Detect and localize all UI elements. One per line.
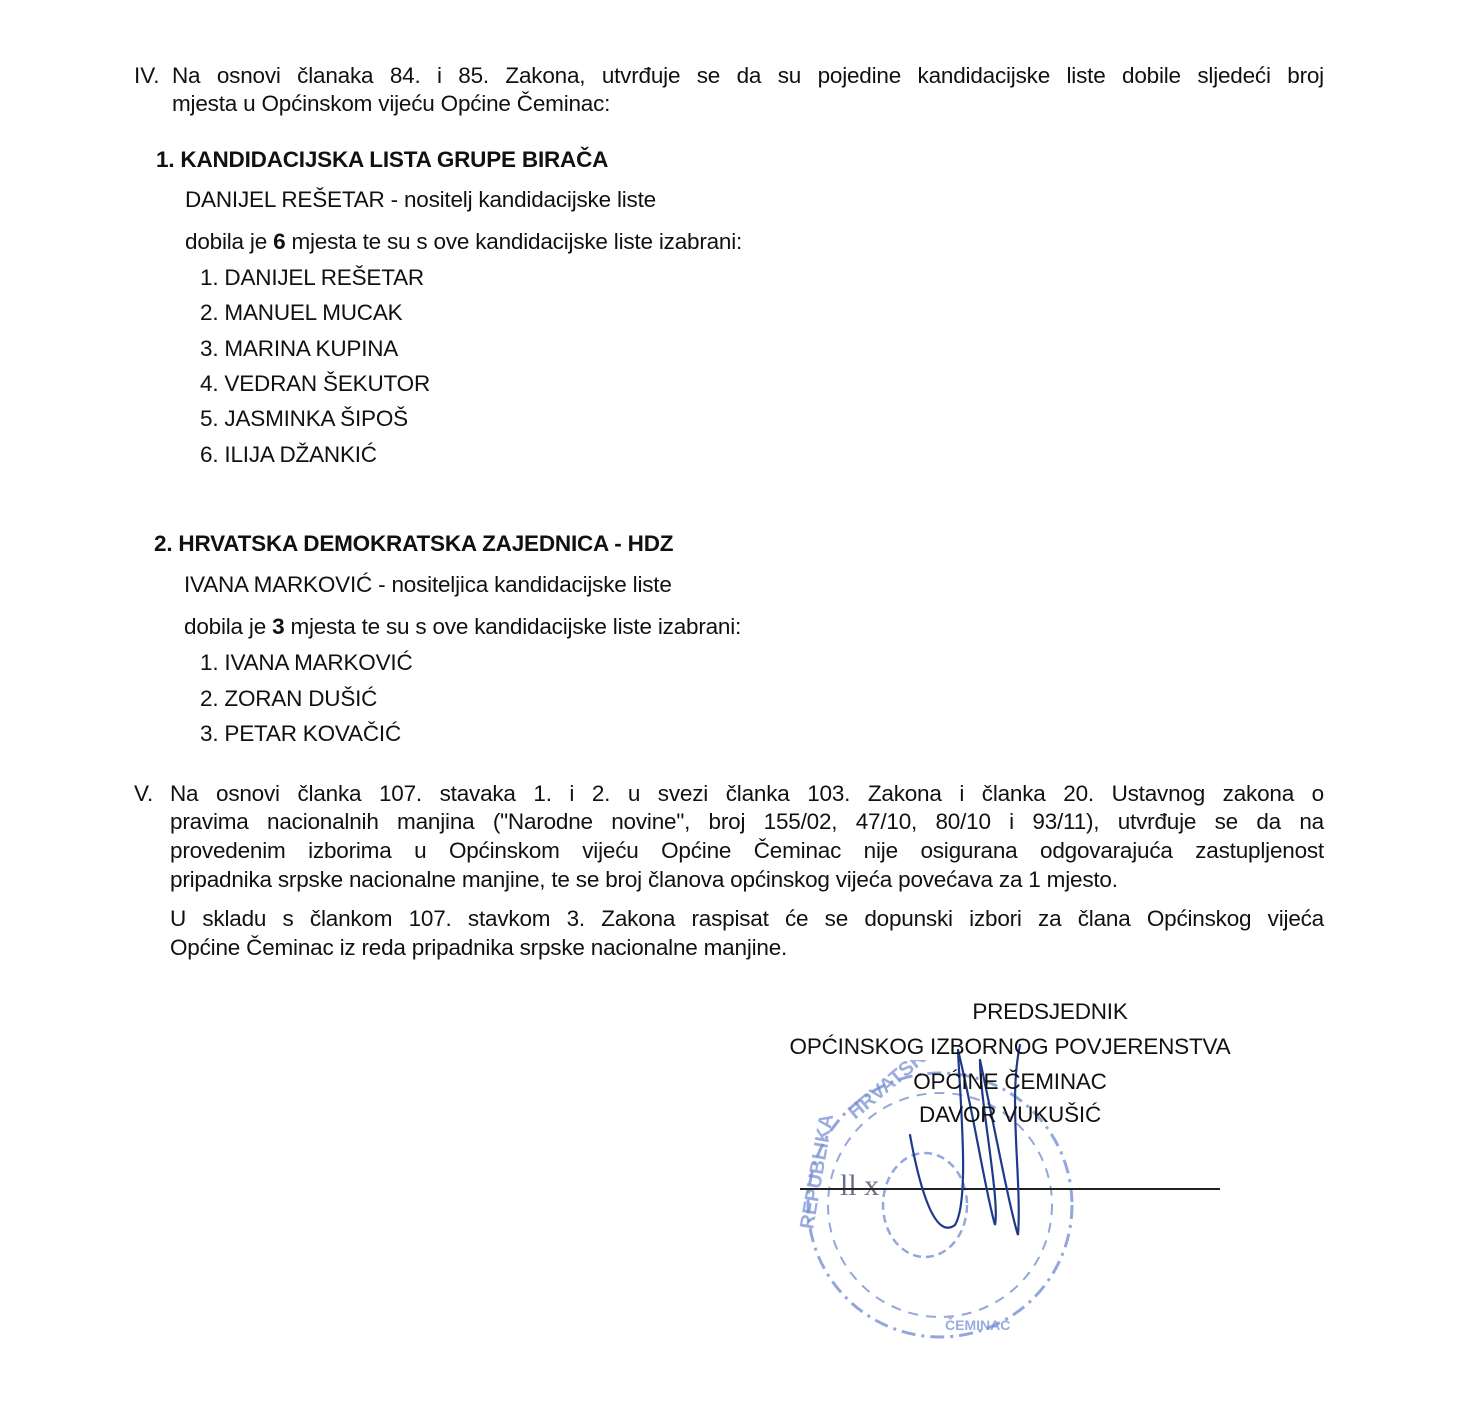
- list-1-elected-2: 2. MANUEL MUCAK: [200, 299, 402, 327]
- list-2-seats-count: 3: [272, 614, 284, 639]
- list-1-elected-1: 1. DANIJEL REŠETAR: [200, 264, 424, 292]
- signature-line: [800, 1188, 1220, 1190]
- list-1-seats-prefix: dobila je: [185, 229, 267, 254]
- list-2-elected-2: 2. ZORAN DUŠIĆ: [200, 685, 377, 713]
- list-1-elected-3: 3. MARINA KUPINA: [200, 335, 398, 363]
- list-2-elected-1: 1. IVANA MARKOVIĆ: [200, 649, 413, 677]
- list-1-heading: 1. KANDIDACIJSKA LISTA GRUPE BIRAČA: [156, 146, 608, 174]
- list-2-elected-3: 3. PETAR KOVAČIĆ: [200, 720, 401, 748]
- list-2-seats-line: dobila je 3 mjesta te su s ove kandidaci…: [184, 613, 741, 641]
- list-2-seats-prefix: dobila je: [184, 614, 266, 639]
- section-v-line1: Na osnovi članka 107. stavaka 1. i 2. u …: [170, 780, 1324, 808]
- section-iv-numeral: IV.: [134, 62, 159, 90]
- signature-municipality: OPĆINE ČEMINAC: [880, 1068, 1140, 1096]
- list-1-holder: DANIJEL REŠETAR - nositelj kandidacijske…: [185, 186, 656, 214]
- svg-text:REPUBLIKA: REPUBLIKA: [796, 1112, 838, 1231]
- signature-name: DAVOR VUKUŠIĆ: [880, 1101, 1140, 1129]
- section-v-line2: pravima nacionalnih manjina ("Narodne no…: [170, 808, 1324, 836]
- list-1-elected-4: 4. VEDRAN ŠEKUTOR: [200, 370, 430, 398]
- section-v-para2-line2: Općine Čeminac iz reda pripadnika srpske…: [170, 934, 787, 962]
- signature-body: OPĆINSKOG IZBORNOG POVJERENSTVA: [750, 1033, 1270, 1061]
- list-1-seats-count: 6: [273, 229, 285, 254]
- svg-text:ČEMINAC: ČEMINAC: [945, 1316, 1010, 1333]
- section-v-line4: pripadnika srpske nacionalne manjine, te…: [170, 866, 1118, 894]
- signature-title: PREDSJEDNIK: [920, 998, 1180, 1026]
- section-iv-text-line1: Na osnovi članaka 84. i 85. Zakona, utvr…: [172, 62, 1324, 90]
- list-2-holder: IVANA MARKOVIĆ - nositeljica kandidacijs…: [184, 571, 672, 599]
- svg-text:ll x: ll x: [840, 1169, 879, 1202]
- section-v-para2-line1: U skladu s člankom 107. stavkom 3. Zakon…: [170, 905, 1324, 933]
- list-2-heading: 2. HRVATSKA DEMOKRATSKA ZAJEDNICA - HDZ: [154, 530, 673, 558]
- list-2-seats-suffix: mjesta te su s ove kandidacijske liste i…: [290, 614, 741, 639]
- list-1-elected-5: 5. JASMINKA ŠIPOŠ: [200, 405, 408, 433]
- section-iv-text-line2: mjesta u Općinskom vijeću Općine Čeminac…: [172, 90, 610, 118]
- list-1-seats-suffix: mjesta te su s ove kandidacijske liste i…: [291, 229, 742, 254]
- list-1-seats-line: dobila je 6 mjesta te su s ove kandidaci…: [185, 228, 742, 256]
- list-1-elected-6: 6. ILIJA DŽANKIĆ: [200, 441, 377, 469]
- section-v-line3: provedenim izborima u Općinskom vijeću O…: [170, 837, 1324, 865]
- section-v-numeral: V.: [134, 780, 153, 808]
